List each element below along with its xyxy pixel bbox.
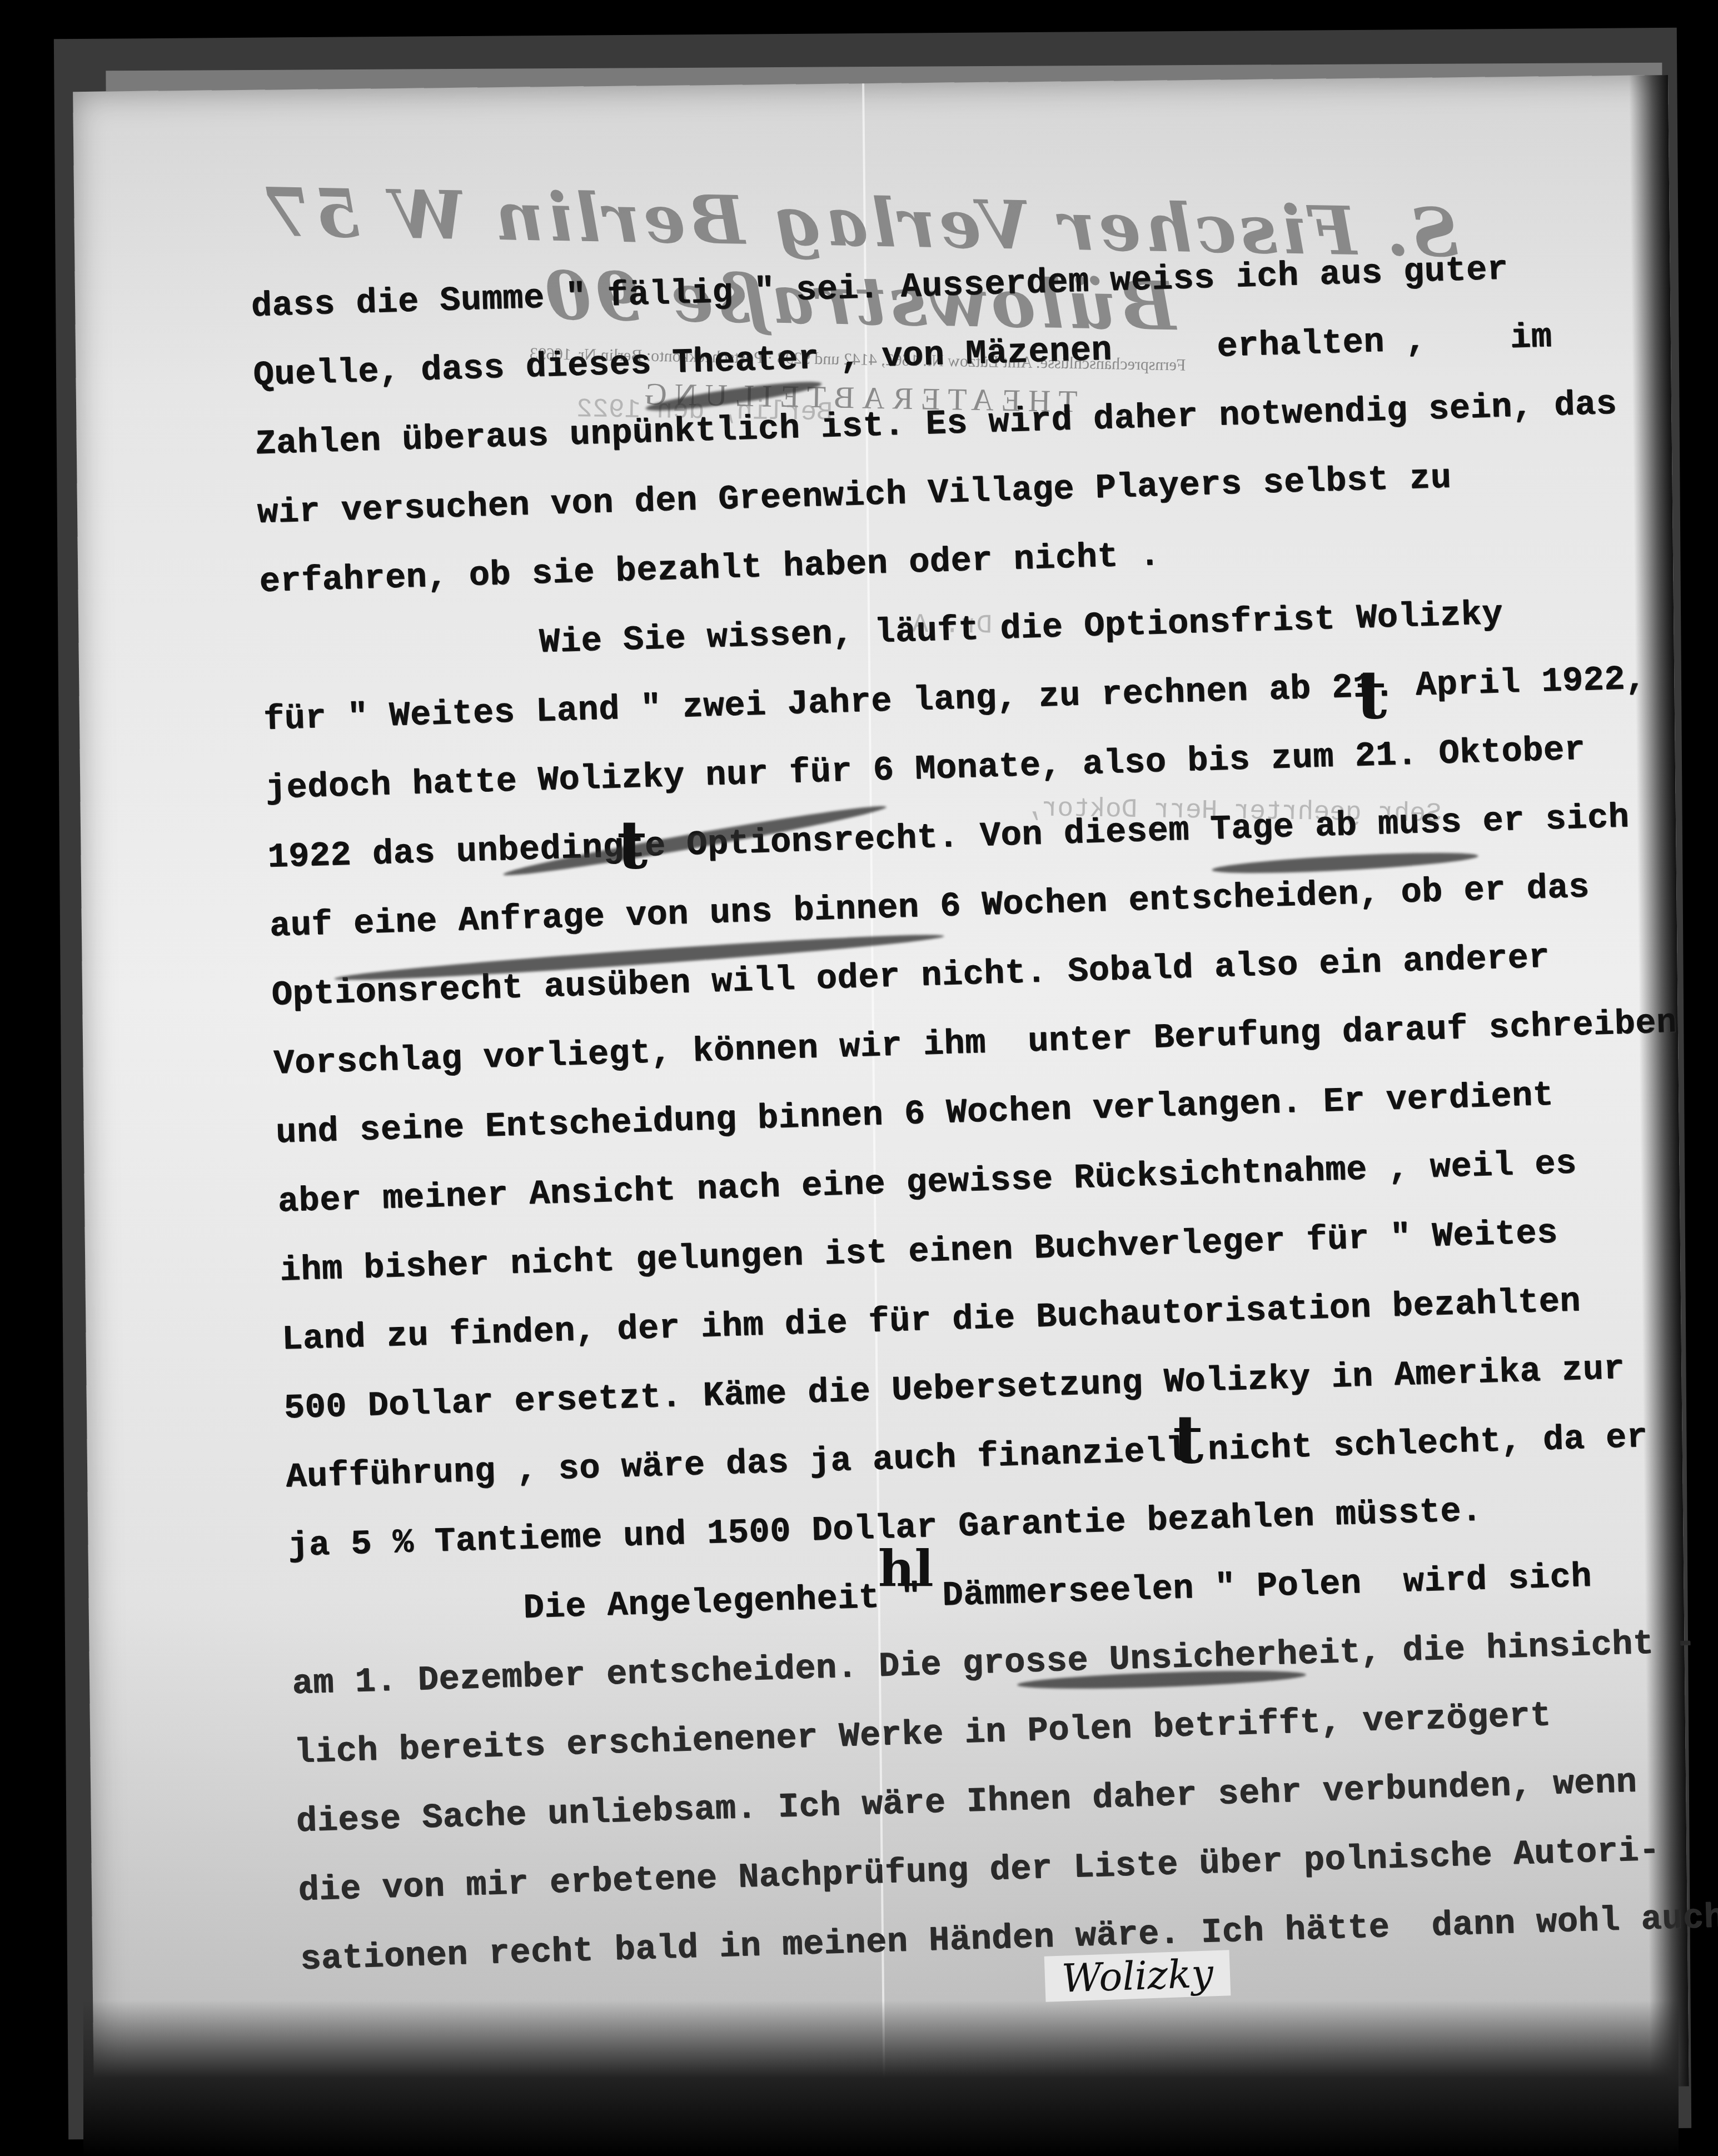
- bottom-shadow: [83, 2000, 1679, 2156]
- handwritten-correction: t: [617, 806, 648, 884]
- handwritten-correction: t: [1173, 1400, 1203, 1479]
- letter-body: dass die Summe " fällig " sei. Ausserdem…: [250, 231, 1690, 1994]
- handwritten-correction: t: [1356, 656, 1387, 734]
- handwritten-footer: Wolizky: [1044, 1950, 1231, 2002]
- handwritten-correction: hl: [878, 1539, 934, 1598]
